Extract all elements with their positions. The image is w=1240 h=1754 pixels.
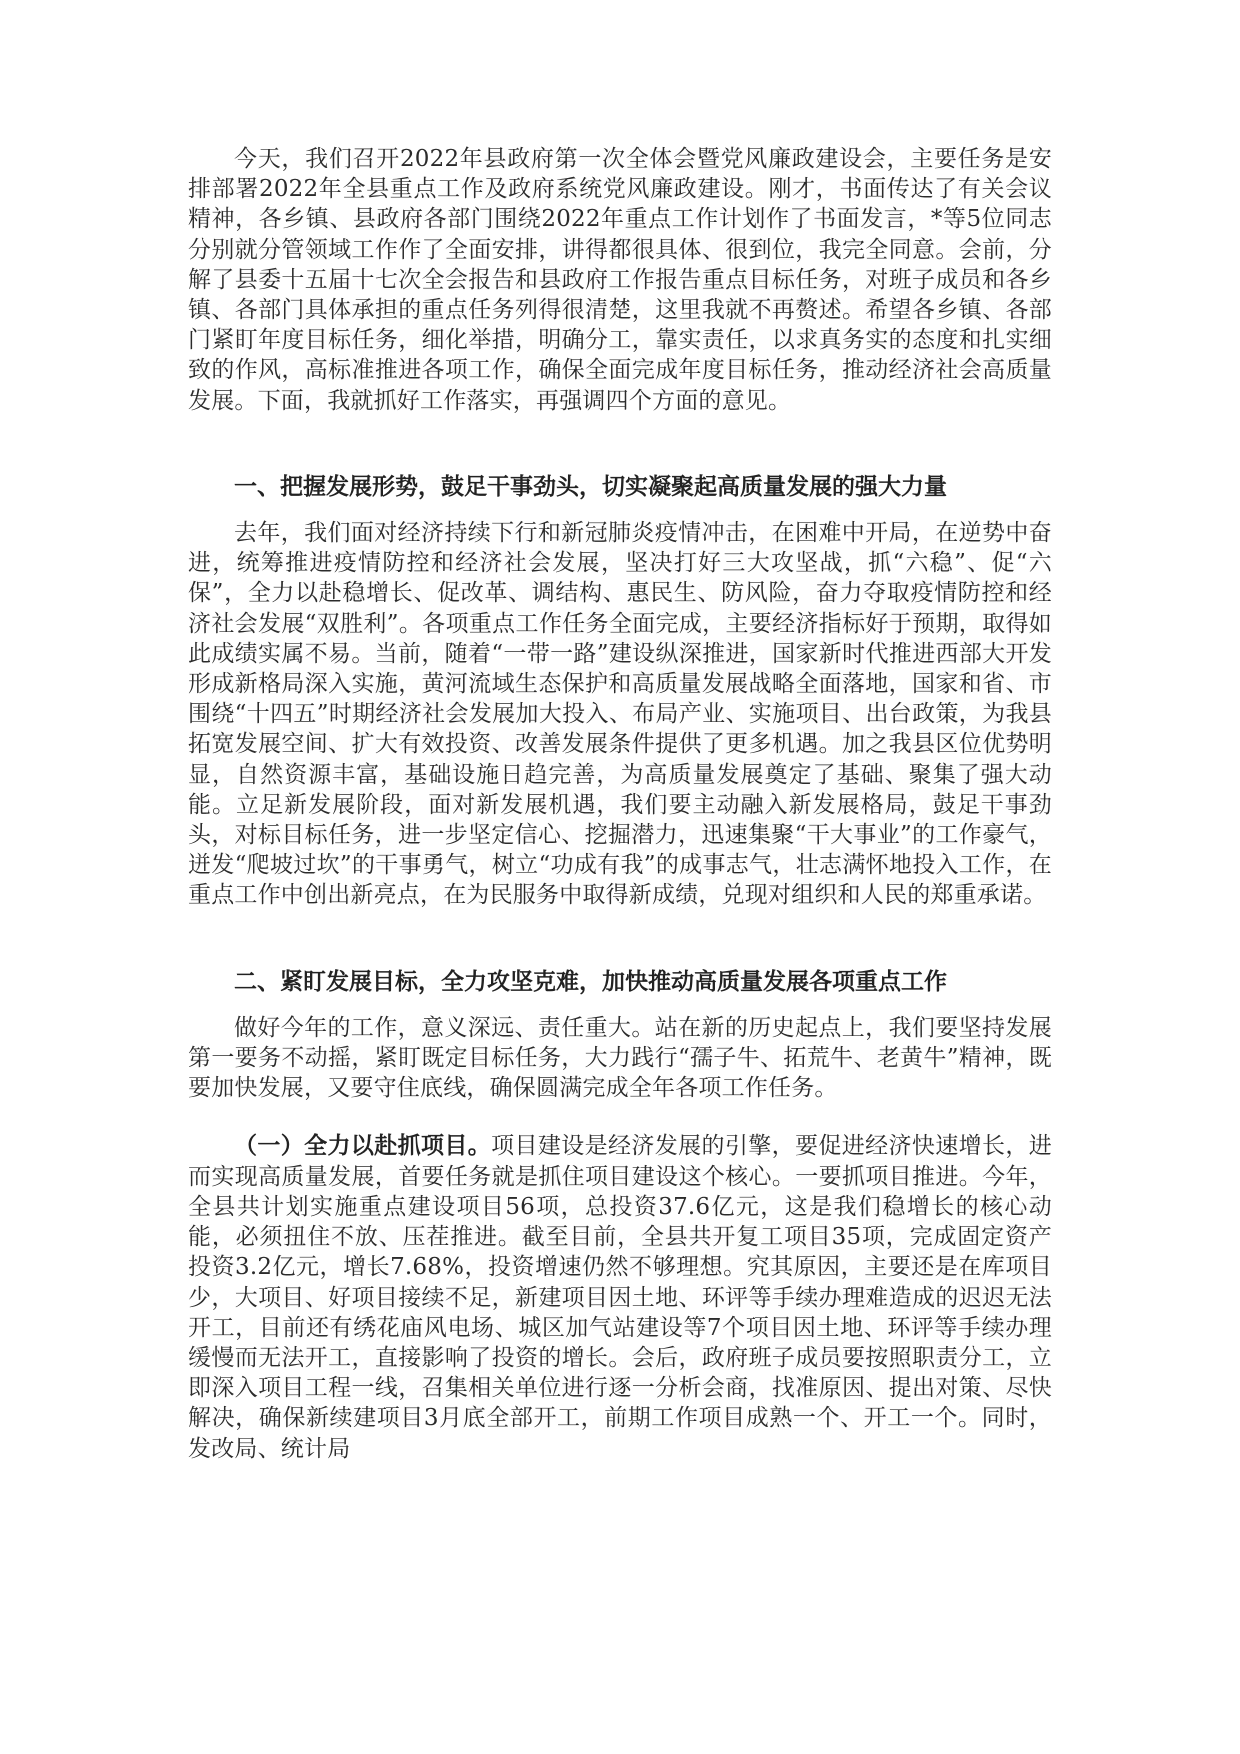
document-page: 今天，我们召开2022年县政府第一次全体会暨党风廉政建设会，主要任务是安排部署2… [188,144,1052,1464]
section2-paragraph: 做好今年的工作，意义深远、责任重大。站在新的历史起点上，我们要坚持发展第一要务不… [188,1013,1052,1104]
section-heading-2: 二、紧盯发展目标，全力攻坚克难，加快推动高质量发展各项重点工作 [188,967,1052,997]
subsection1-lead: （一）全力以赴抓项目。 [234,1133,491,1159]
subsection1-body: 项目建设是经济发展的引擎，要促进经济快速增长，进而实现高质量发展，首要任务就是抓… [188,1133,1052,1461]
subsection1-paragraph: （一）全力以赴抓项目。项目建设是经济发展的引擎，要促进经济快速增长，进而实现高质… [188,1131,1052,1463]
section-heading-1: 一、把握发展形势，鼓足干事劲头，切实凝聚起高质量发展的强大力量 [188,472,1052,502]
intro-paragraph: 今天，我们召开2022年县政府第一次全体会暨党风廉政建设会，主要任务是安排部署2… [188,144,1052,416]
section1-paragraph: 去年，我们面对经济持续下行和新冠肺炎疫情冲击，在困难中开局，在逆势中奋进，统筹推… [188,518,1052,911]
